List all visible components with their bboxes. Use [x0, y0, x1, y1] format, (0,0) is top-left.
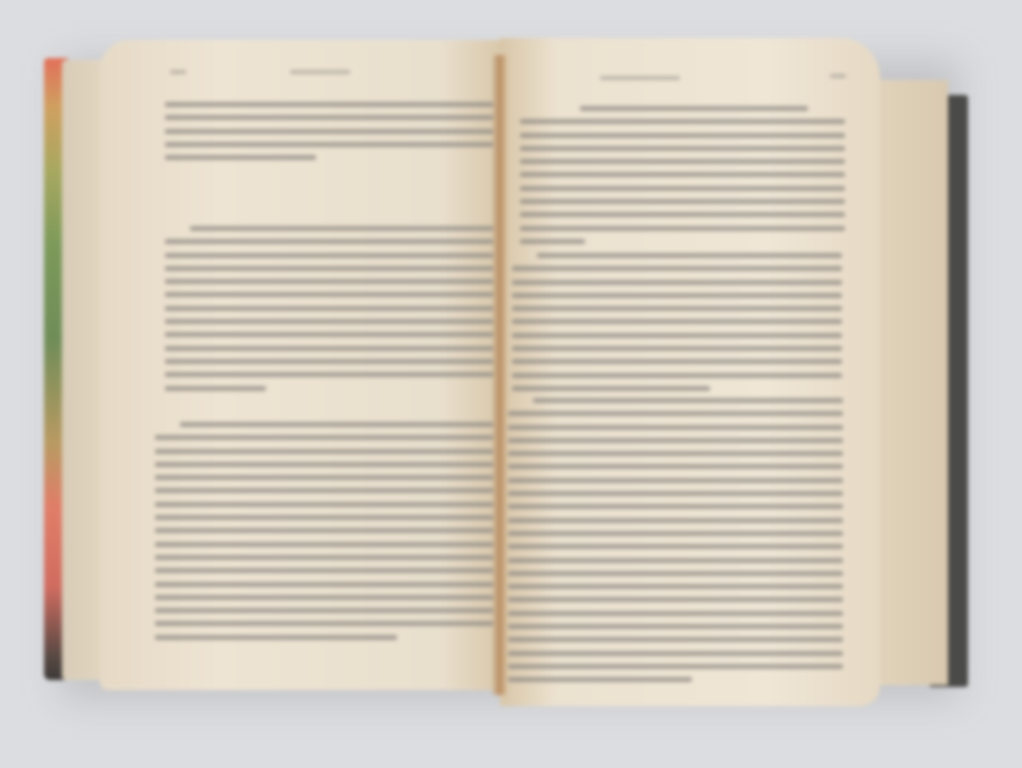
right-page-number [830, 74, 846, 78]
left-paragraph-3 [155, 422, 500, 648]
left-page [100, 40, 500, 690]
left-paragraph-1 [165, 102, 500, 168]
photo-scene [0, 0, 1022, 768]
right-paragraph-1 [520, 106, 845, 252]
left-paragraph-2 [165, 226, 500, 399]
right-paragraph-2 [512, 253, 842, 399]
right-page [500, 38, 880, 706]
left-running-head [290, 70, 350, 74]
right-paragraph-3 [508, 398, 843, 691]
left-page-number [170, 70, 186, 74]
right-running-head [600, 76, 680, 80]
page-edges-right [870, 80, 948, 685]
book-gutter [493, 55, 507, 695]
